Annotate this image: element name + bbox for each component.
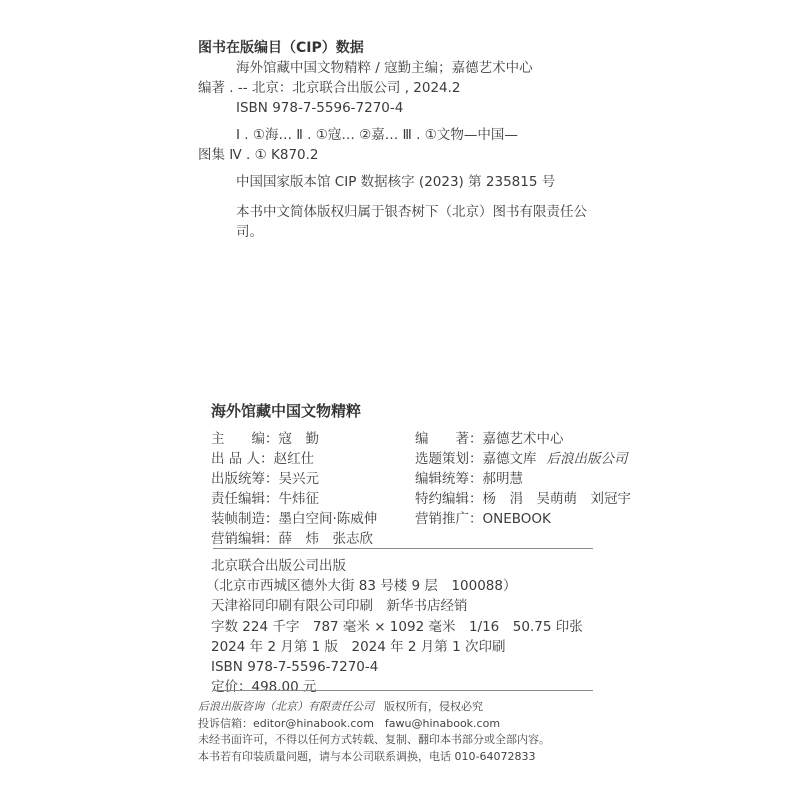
credit-label: 装帧制造：: [211, 509, 279, 529]
credit-row: 责任编辑：牛炜征: [211, 489, 415, 509]
credit-value: 杨 涓 吴萌萌 刘冠宇: [483, 491, 632, 507]
cip-classification: Ⅰ . ①海… Ⅱ . ①寇… ②嘉… Ⅲ . ①文物—中国—: [198, 125, 608, 145]
credit-label: 责任编辑：: [211, 489, 279, 509]
publisher-address: （北京市西城区德外大街 83 号楼 9 层 100088）: [206, 576, 611, 596]
credit-label: 主 编：: [211, 429, 279, 449]
credit-value: 郝明慧: [483, 471, 524, 487]
credit-label: 选题策划：: [415, 449, 483, 469]
no-reproduction-line: 未经书面许可，不得以任何方式转载、复制、翻印本书部分或全部内容。: [198, 732, 618, 749]
divider-line: [213, 690, 593, 691]
cip-block: 图书在版编目（CIP）数据 海外馆藏中国文物精粹 / 寇勤主编；嘉德艺术中心 编…: [198, 38, 608, 242]
credits-right-column: 编 著：嘉德艺术中心 选题策划：嘉德文库后浪出版公司 编辑统筹：郝明慧 特约编辑…: [415, 429, 631, 549]
credit-label: 出 品 人：: [211, 449, 274, 469]
credit-row: 营销推广：ONEBOOK: [415, 509, 631, 529]
company-script-logotype: 后浪出版咨询（北京）有限责任公司: [198, 700, 374, 713]
cip-isbn: ISBN 978-7-5596-7270-4: [198, 98, 608, 118]
credit-row: 编 著：嘉德艺术中心: [415, 429, 631, 449]
credit-value: 嘉德艺术中心: [483, 431, 564, 447]
credit-label: 营销编辑：: [211, 529, 279, 549]
format-specs: 字数 224 千字 787 毫米 × 1092 毫米 1/16 50.75 印张: [211, 617, 611, 637]
credit-value: 吴兴元: [279, 471, 320, 487]
cip-line: 编著 . -- 北京：北京联合出版公司 , 2024.2: [198, 78, 608, 98]
credit-row: 特约编辑：杨 涓 吴萌萌 刘冠宇: [415, 489, 631, 509]
credit-row: 装帧制造：墨白空间·陈威伸: [211, 509, 415, 529]
credit-row: 主 编：寇 勤: [211, 429, 415, 449]
credit-label: 特约编辑：: [415, 489, 483, 509]
publisher-line: 北京联合出版公司出版: [211, 556, 611, 576]
credit-label: 营销推广：: [415, 509, 483, 529]
credit-label: 编辑统筹：: [415, 469, 483, 489]
cip-line: 海外馆藏中国文物精粹 / 寇勤主编；嘉德艺术中心: [198, 58, 608, 78]
cip-classification: 图集 Ⅳ . ① K870.2: [198, 145, 608, 165]
price-line: 定价：498.00 元: [211, 677, 611, 697]
printer-distributor: 天津裕同印刷有限公司印刷 新华书店经销: [211, 596, 611, 616]
cip-heading: 图书在版编目（CIP）数据: [198, 38, 608, 58]
credit-value: ONEBOOK: [483, 511, 551, 527]
credit-value: 薛 炜 张志欣: [279, 531, 374, 547]
complaint-email-line: 投诉信箱：editor@hinabook.com fawu@hinabook.c…: [198, 716, 618, 733]
credit-row: 出 品 人：赵红仕: [211, 449, 415, 469]
isbn-line: ISBN 978-7-5596-7270-4: [211, 657, 611, 677]
book-title: 海外馆藏中国文物精粹: [211, 400, 361, 421]
credits-block: 主 编：寇 勤 出 品 人：赵红仕 出版统筹：吴兴元 责任编辑：牛炜征 装帧制造…: [211, 429, 611, 549]
credit-value: 寇 勤: [279, 431, 320, 447]
credit-row: 出版统筹：吴兴元: [211, 469, 415, 489]
rights-statement: 版权所有，侵权必究: [384, 700, 483, 713]
credit-value: 牛炜征: [279, 491, 320, 507]
credit-label: 出版统筹：: [211, 469, 279, 489]
credit-label: 编 著：: [415, 429, 483, 449]
credit-row: 编辑统筹：郝明慧: [415, 469, 631, 489]
credit-row: 营销编辑：薛 炜 张志欣: [211, 529, 415, 549]
cip-record-number: 中国国家版本馆 CIP 数据核字 (2023) 第 235815 号: [198, 172, 608, 192]
footer-legal-block: 后浪出版咨询（北京）有限责任公司版权所有，侵权必究 投诉信箱：editor@hi…: [198, 699, 618, 765]
copyright-page: 图书在版编目（CIP）数据 海外馆藏中国文物精粹 / 寇勤主编；嘉德艺术中心 编…: [0, 0, 800, 800]
credit-value: 嘉德文库: [483, 451, 537, 467]
publishing-block: 北京联合出版公司出版 （北京市西城区德外大街 83 号楼 9 层 100088）…: [211, 556, 611, 697]
publisher-script-logotype: 后浪出版公司: [547, 451, 628, 467]
quality-hotline-line: 本书若有印装质量问题，请与本公司联系调换，电话 010-64072833: [198, 749, 618, 766]
edition-printing: 2024 年 2 月第 1 版 2024 年 2 月第 1 次印刷: [211, 637, 611, 657]
credit-value: 赵红仕: [274, 451, 315, 467]
credits-left-column: 主 编：寇 勤 出 品 人：赵红仕 出版统筹：吴兴元 责任编辑：牛炜征 装帧制造…: [211, 429, 415, 549]
cip-rights-note: 本书中文简体版权归属于银杏树下（北京）图书有限责任公司。: [198, 202, 608, 242]
divider-line: [213, 548, 593, 549]
credit-value: 墨白空间·陈威伸: [279, 511, 378, 527]
credit-row: 选题策划：嘉德文库后浪出版公司: [415, 449, 631, 469]
footer-company-line: 后浪出版咨询（北京）有限责任公司版权所有，侵权必究: [198, 699, 618, 716]
